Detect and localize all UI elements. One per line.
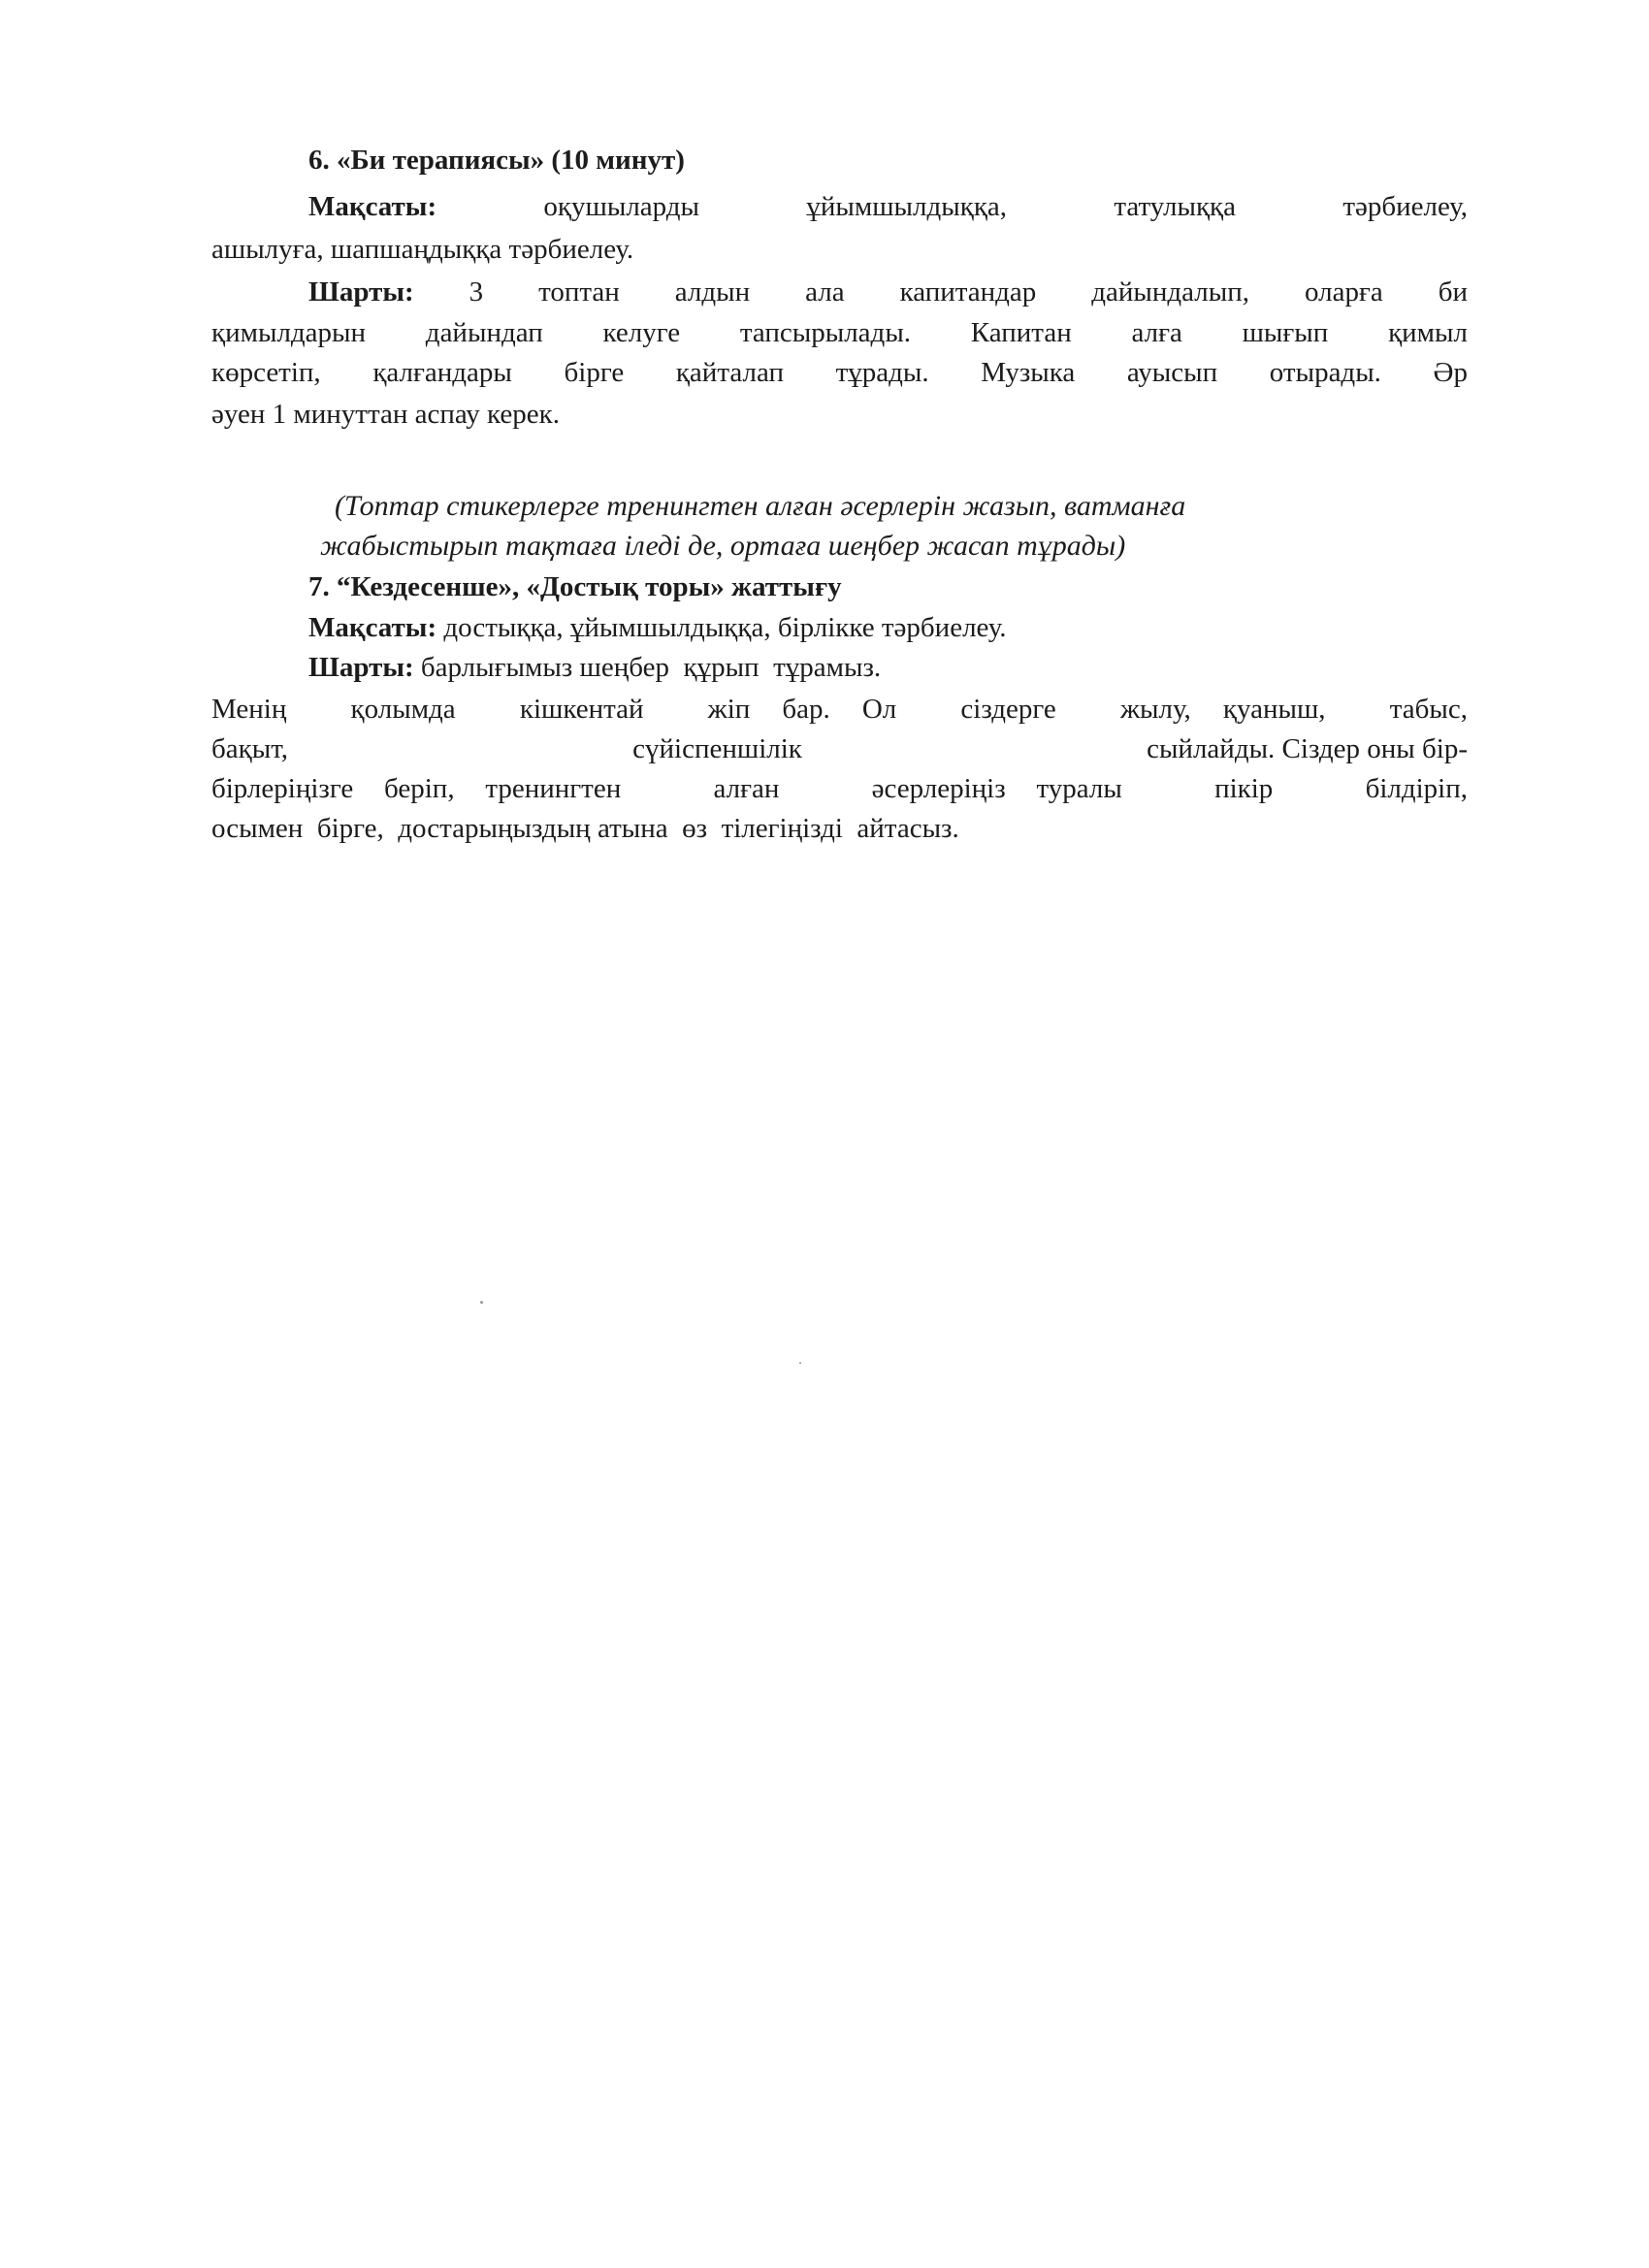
section-7-body-line-3: бірлеріңізге беріп, тренингтен алған әсе… (211, 772, 1468, 805)
section-7-goal: Мақсаты: достыққа, ұйымшылдыққа, бірлікк… (308, 611, 1007, 644)
word: топтан (538, 275, 620, 308)
rules-text: барлығымыз шеңбер құрып тұрамыз. (421, 652, 881, 683)
scan-speck (799, 1362, 801, 1364)
word: дайындалып, (1091, 275, 1249, 308)
section-7-body-line-2: бақыт, сүйіспеншілік сыйлайды. Сіздер он… (211, 732, 1468, 765)
word: 3 (469, 275, 484, 308)
note-line-2: жабыстырып тақтаға іледі де, ортаға шеңб… (320, 530, 1125, 563)
note-line-1: (Топтар стикерлерге тренингтен алған әсе… (335, 490, 1185, 523)
section-6-goal-line-2: ашылуға, шапшаңдыққа тәрбиелеу. (211, 233, 633, 266)
section-6-rules-line-3: көрсетіп, қалғандары бірге қайталап тұра… (211, 356, 1468, 389)
section-6-rules-line-1: Шарты: 3 топтан алдын ала капитандар дай… (308, 275, 1468, 308)
word: тәрбиелеу, (1342, 190, 1468, 223)
section-7-rules: Шарты: барлығымыз шеңбер құрып тұрамыз. (308, 651, 881, 684)
word: оларға (1305, 275, 1383, 308)
word: сыйлайды. Сіздер оны бір- (1147, 732, 1468, 765)
word: сүйіспеншілік (632, 732, 802, 765)
word: бақыт, (211, 732, 288, 765)
section-6-rules-line-4: әуен 1 минуттан аспау керек. (211, 398, 560, 431)
rules-label: Шарты: (308, 275, 414, 308)
rules-label: Шарты: (308, 652, 414, 683)
section-7-heading: 7. “Кездесенше», «Достық торы» жаттығу (308, 570, 842, 603)
goal-label: Мақсаты: (308, 612, 436, 643)
word: татулыққа (1114, 190, 1236, 223)
section-7-body-line-1: Менің қолымда кішкентай жіп бар. Ол сізд… (211, 693, 1468, 726)
section-7-body-line-4: осымен бірге, достарыңыздың атына өз тіл… (211, 812, 959, 845)
goal-label: Мақсаты: (308, 190, 436, 223)
section-6-goal-line-1: Мақсаты: оқушыларды ұйымшылдыққа, татулы… (308, 190, 1468, 223)
word: ала (805, 275, 844, 308)
scan-speck (480, 1301, 483, 1304)
goal-text: достыққа, ұйымшылдыққа, бірлікке тәрбиел… (443, 612, 1006, 643)
section-6-rules-line-2: қимылдарын дайындап келуге тапсырылады. … (211, 316, 1468, 349)
word: капитандар (900, 275, 1037, 308)
document-page: 6. «Би терапиясы» (10 минут) Мақсаты: оқ… (0, 0, 1649, 2268)
word: би (1439, 275, 1468, 308)
word: ұйымшылдыққа, (806, 190, 1007, 223)
word: алдын (675, 275, 750, 308)
section-6-heading: 6. «Би терапиясы» (10 минут) (308, 144, 685, 177)
word: оқушыларды (543, 190, 699, 223)
